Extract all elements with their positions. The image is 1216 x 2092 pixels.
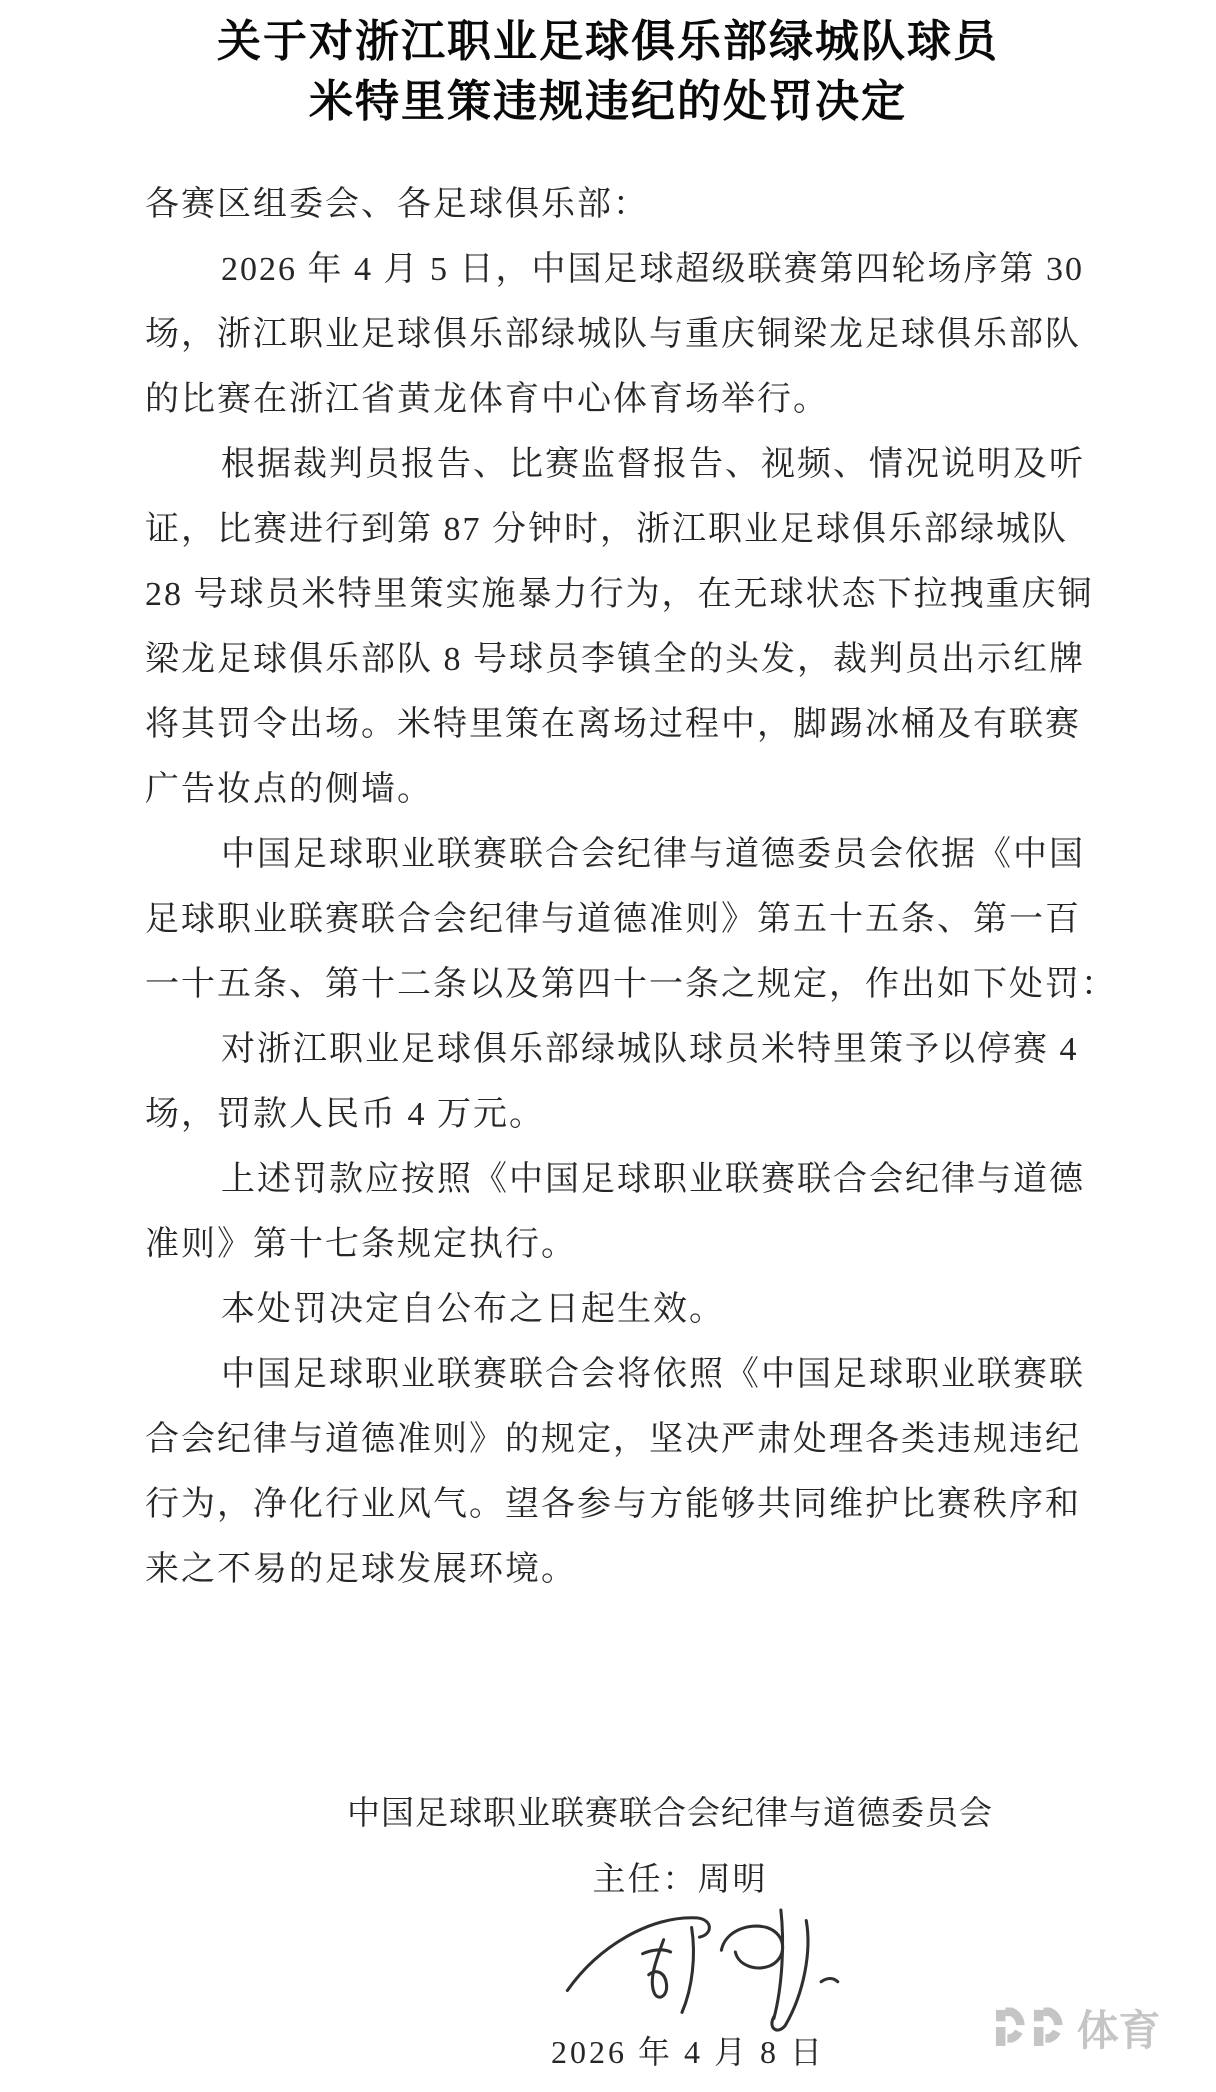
body-line: 本处罚决定自公布之日起生效。 bbox=[145, 1277, 1150, 1342]
document-title: 关于对浙江职业足球俱乐部绿城队球员 米特里策违规违纪的处罚决定 bbox=[0, 0, 1216, 132]
body-line: 梁龙足球俱乐部队 8 号球员李镇全的头发，裁判员出示红牌 bbox=[145, 627, 1150, 692]
body-line: 广告妆点的侧墙。 bbox=[145, 757, 1150, 822]
title-line-2: 米特里策违规违纪的处罚决定 bbox=[0, 72, 1216, 132]
document-body: 各赛区组委会、各足球俱乐部：2026 年 4 月 5 日，中国足球超级联赛第四轮… bbox=[145, 172, 1150, 1602]
body-line: 场，浙江职业足球俱乐部绿城队与重庆铜梁龙足球俱乐部队 bbox=[145, 302, 1150, 367]
body-line: 一十五条、第十二条以及第四十一条之规定，作出如下处罚： bbox=[145, 952, 1150, 1017]
official-document-page: 关于对浙江职业足球俱乐部绿城队球员 米特里策违规违纪的处罚决定 各赛区组委会、各… bbox=[0, 0, 1216, 2092]
body-line: 足球职业联赛联合会纪律与道德准则》第五十五条、第一百 bbox=[145, 887, 1150, 952]
pp-sports-watermark: 体育 bbox=[995, 2000, 1185, 2054]
body-line: 合会纪律与道德准则》的规定，坚决严肃处理各类违规违纪 bbox=[145, 1407, 1150, 1472]
pp-sports-logo-icon: 体育 bbox=[995, 2000, 1185, 2054]
body-line: 上述罚款应按照《中国足球职业联赛联合会纪律与道德 bbox=[145, 1147, 1150, 1212]
title-line-1: 关于对浙江职业足球俱乐部绿城队球员 bbox=[0, 12, 1216, 72]
body-line: 28 号球员米特里策实施暴力行为，在无球状态下拉拽重庆铜 bbox=[145, 562, 1150, 627]
body-line: 将其罚令出场。米特里策在离场过程中，脚踢冰桶及有联赛 bbox=[145, 692, 1150, 757]
issuing-committee-name: 中国足球职业联赛联合会纪律与道德委员会 bbox=[62, 1792, 1216, 1836]
body-line: 根据裁判员报告、比赛监督报告、视频、情况说明及听 bbox=[145, 432, 1150, 497]
body-line: 的比赛在浙江省黄龙体育中心体育场举行。 bbox=[145, 367, 1150, 432]
watermark-suffix-text: 体育 bbox=[1077, 2007, 1161, 2054]
body-line: 场，罚款人民币 4 万元。 bbox=[145, 1082, 1150, 1147]
body-line: 2026 年 4 月 5 日，中国足球超级联赛第四轮场序第 30 bbox=[145, 237, 1150, 302]
body-line: 对浙江职业足球俱乐部绿城队球员米特里策予以停赛 4 bbox=[145, 1017, 1150, 1082]
body-line: 中国足球职业联赛联合会纪律与道德委员会依据《中国 bbox=[145, 822, 1150, 887]
body-line: 行为，净化行业风气。望各参与方能够共同维护比赛秩序和 bbox=[145, 1472, 1150, 1537]
body-line: 来之不易的足球发展环境。 bbox=[145, 1537, 1150, 1602]
body-line: 中国足球职业联赛联合会将依照《中国足球职业联赛联 bbox=[145, 1342, 1150, 1407]
body-line: 证，比赛进行到第 87 分钟时，浙江职业足球俱乐部绿城队 bbox=[145, 497, 1150, 562]
body-line: 各赛区组委会、各足球俱乐部： bbox=[145, 172, 1150, 237]
body-line: 准则》第十七条规定执行。 bbox=[145, 1212, 1150, 1277]
